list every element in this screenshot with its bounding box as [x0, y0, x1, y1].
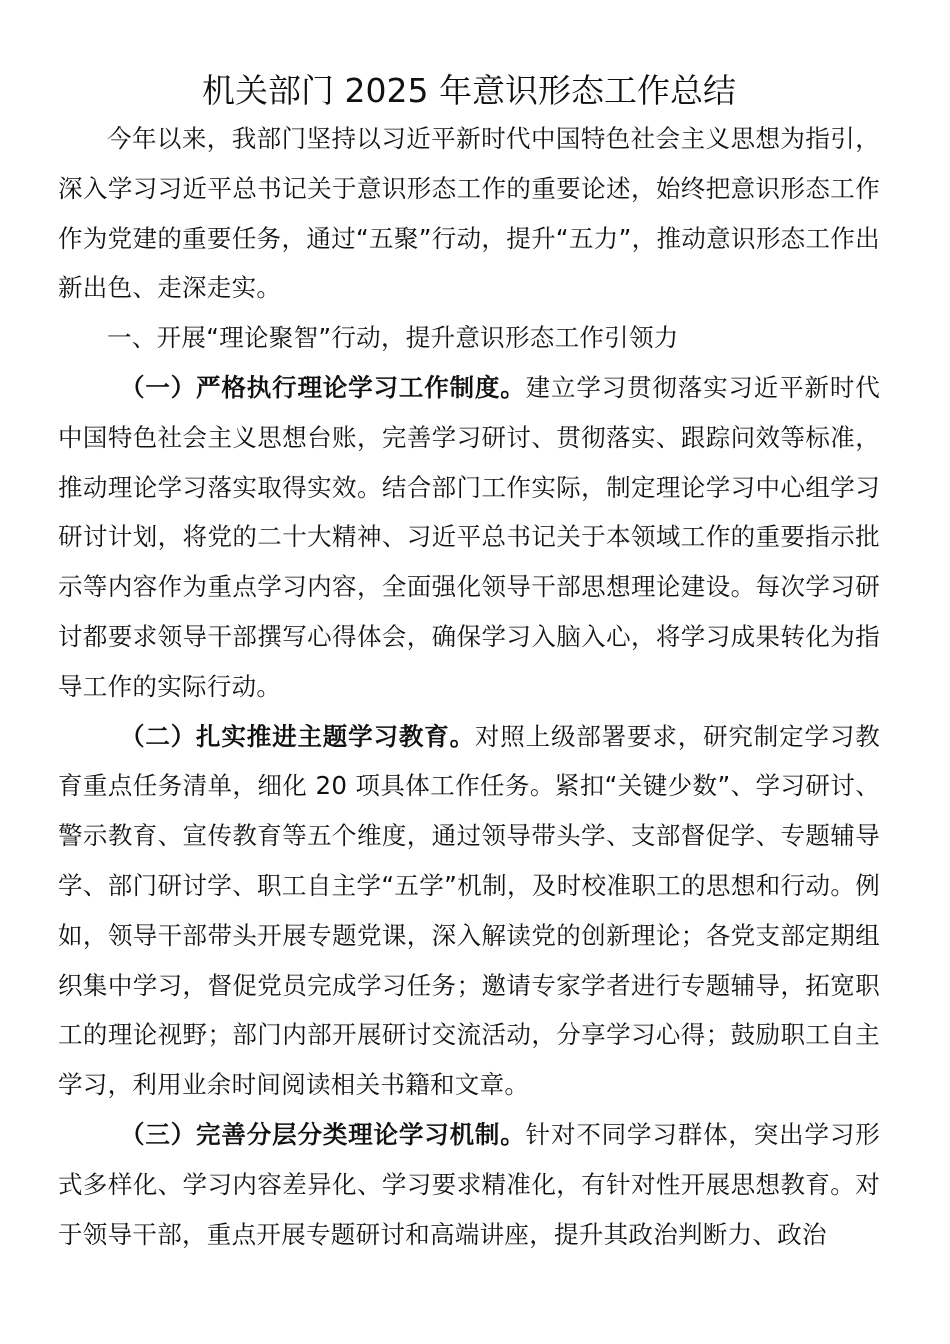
item-heading-3: （三）完善分层分类理论学习机制。: [120, 1120, 526, 1149]
item-body-2: 对照上级部署要求，研究制定学习教育重点任务清单，细化 20 项具体工作任务。紧扣…: [58, 722, 880, 1100]
item-body-1: 建立学习贯彻落实习近平新时代中国特色社会主义思想台账，完善学习研讨、贯彻落实、跟…: [58, 373, 880, 701]
item-paragraph-2: （二）扎实推进主题学习教育。对照上级部署要求，研究制定学习教育重点任务清单，细化…: [58, 712, 880, 1110]
document-page: 机关部门 2025 年意识形态工作总结 今年以来，我部门坚持以习近平新时代中国特…: [58, 68, 880, 1259]
section-heading-1: 一、开展“理论聚智”行动，提升意识形态工作引领力: [58, 313, 880, 363]
item-heading-1: （一）严格执行理论学习工作制度。: [120, 373, 526, 402]
document-title: 机关部门 2025 年意识形态工作总结: [58, 68, 880, 114]
item-paragraph-3: （三）完善分层分类理论学习机制。针对不同学习群体，突出学习形式多样化、学习内容差…: [58, 1110, 880, 1259]
intro-paragraph: 今年以来，我部门坚持以习近平新时代中国特色社会主义思想为指引，深入学习习近平总书…: [58, 114, 880, 313]
item-paragraph-1: （一）严格执行理论学习工作制度。建立学习贯彻落实习近平新时代中国特色社会主义思想…: [58, 363, 880, 712]
item-heading-2: （二）扎实推进主题学习教育。: [120, 722, 475, 751]
